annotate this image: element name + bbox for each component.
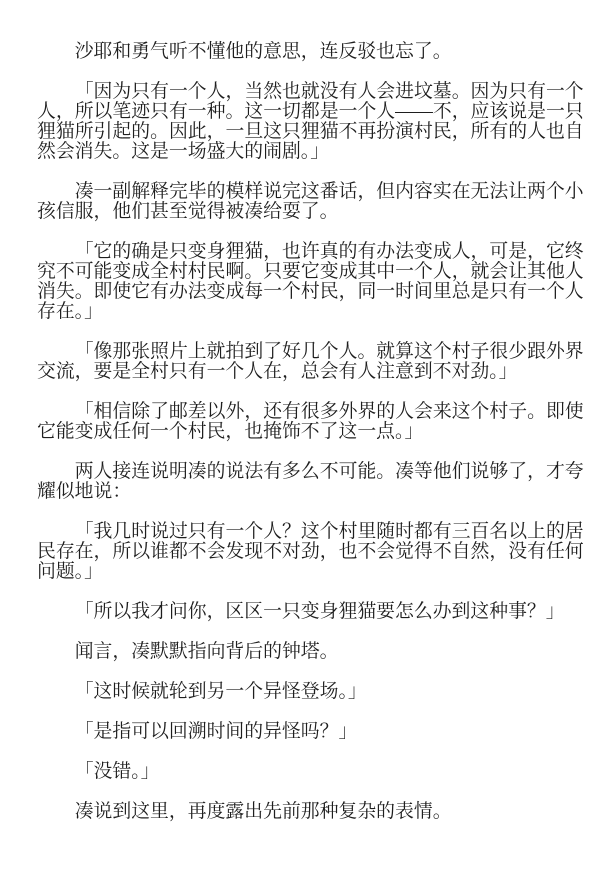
paragraph-11: 「这时候就轮到另一个异怪登场。」 xyxy=(37,682,584,702)
paragraph-5: 「像那张照片上就拍到了好几个人。就算这个村子很少跟外界交流，要是全村只有一个人在… xyxy=(37,342,584,382)
paragraph-1: 沙耶和勇气听不懂他的意思，连反驳也忘了。 xyxy=(37,42,584,62)
document-page: 沙耶和勇气听不懂他的意思，连反驳也忘了。 「因为只有一个人，当然也就没有人会进坟… xyxy=(0,0,613,869)
text-column: 沙耶和勇气听不懂他的意思，连反驳也忘了。 「因为只有一个人，当然也就没有人会进坟… xyxy=(37,42,584,822)
paragraph-12: 「是指可以回溯时间的异怪吗？」 xyxy=(37,722,584,742)
paragraph-14: 凑说到这里，再度露出先前那种复杂的表情。 xyxy=(37,802,584,822)
paragraph-8: 「我几时说过只有一个人？这个村里随时都有三百名以上的居民存在，所以谁都不会发现不… xyxy=(37,522,584,582)
paragraph-10: 闻言，凑默默指向背后的钟塔。 xyxy=(37,642,584,662)
paragraph-7: 两人接连说明凑的说法有多么不可能。凑等他们说够了，才夸耀似地说： xyxy=(37,462,584,502)
paragraph-9: 「所以我才问你，区区一只变身狸猫要怎么办到这种事？」 xyxy=(37,602,584,622)
paragraph-6: 「相信除了邮差以外，还有很多外界的人会来这个村子。即使它能变成任何一个村民，也掩… xyxy=(37,402,584,442)
paragraph-3: 凑一副解释完毕的模样说完这番话，但内容实在无法让两个小孩信服，他们甚至觉得被凑给… xyxy=(37,182,584,222)
paragraph-2: 「因为只有一个人，当然也就没有人会进坟墓。因为只有一个人，所以笔迹只有一种。这一… xyxy=(37,82,584,162)
paragraph-4: 「它的确是只变身狸猫，也许真的有办法变成人，可是，它终究不可能变成全村村民啊。只… xyxy=(37,242,584,322)
paragraph-13: 「没错。」 xyxy=(37,762,584,782)
